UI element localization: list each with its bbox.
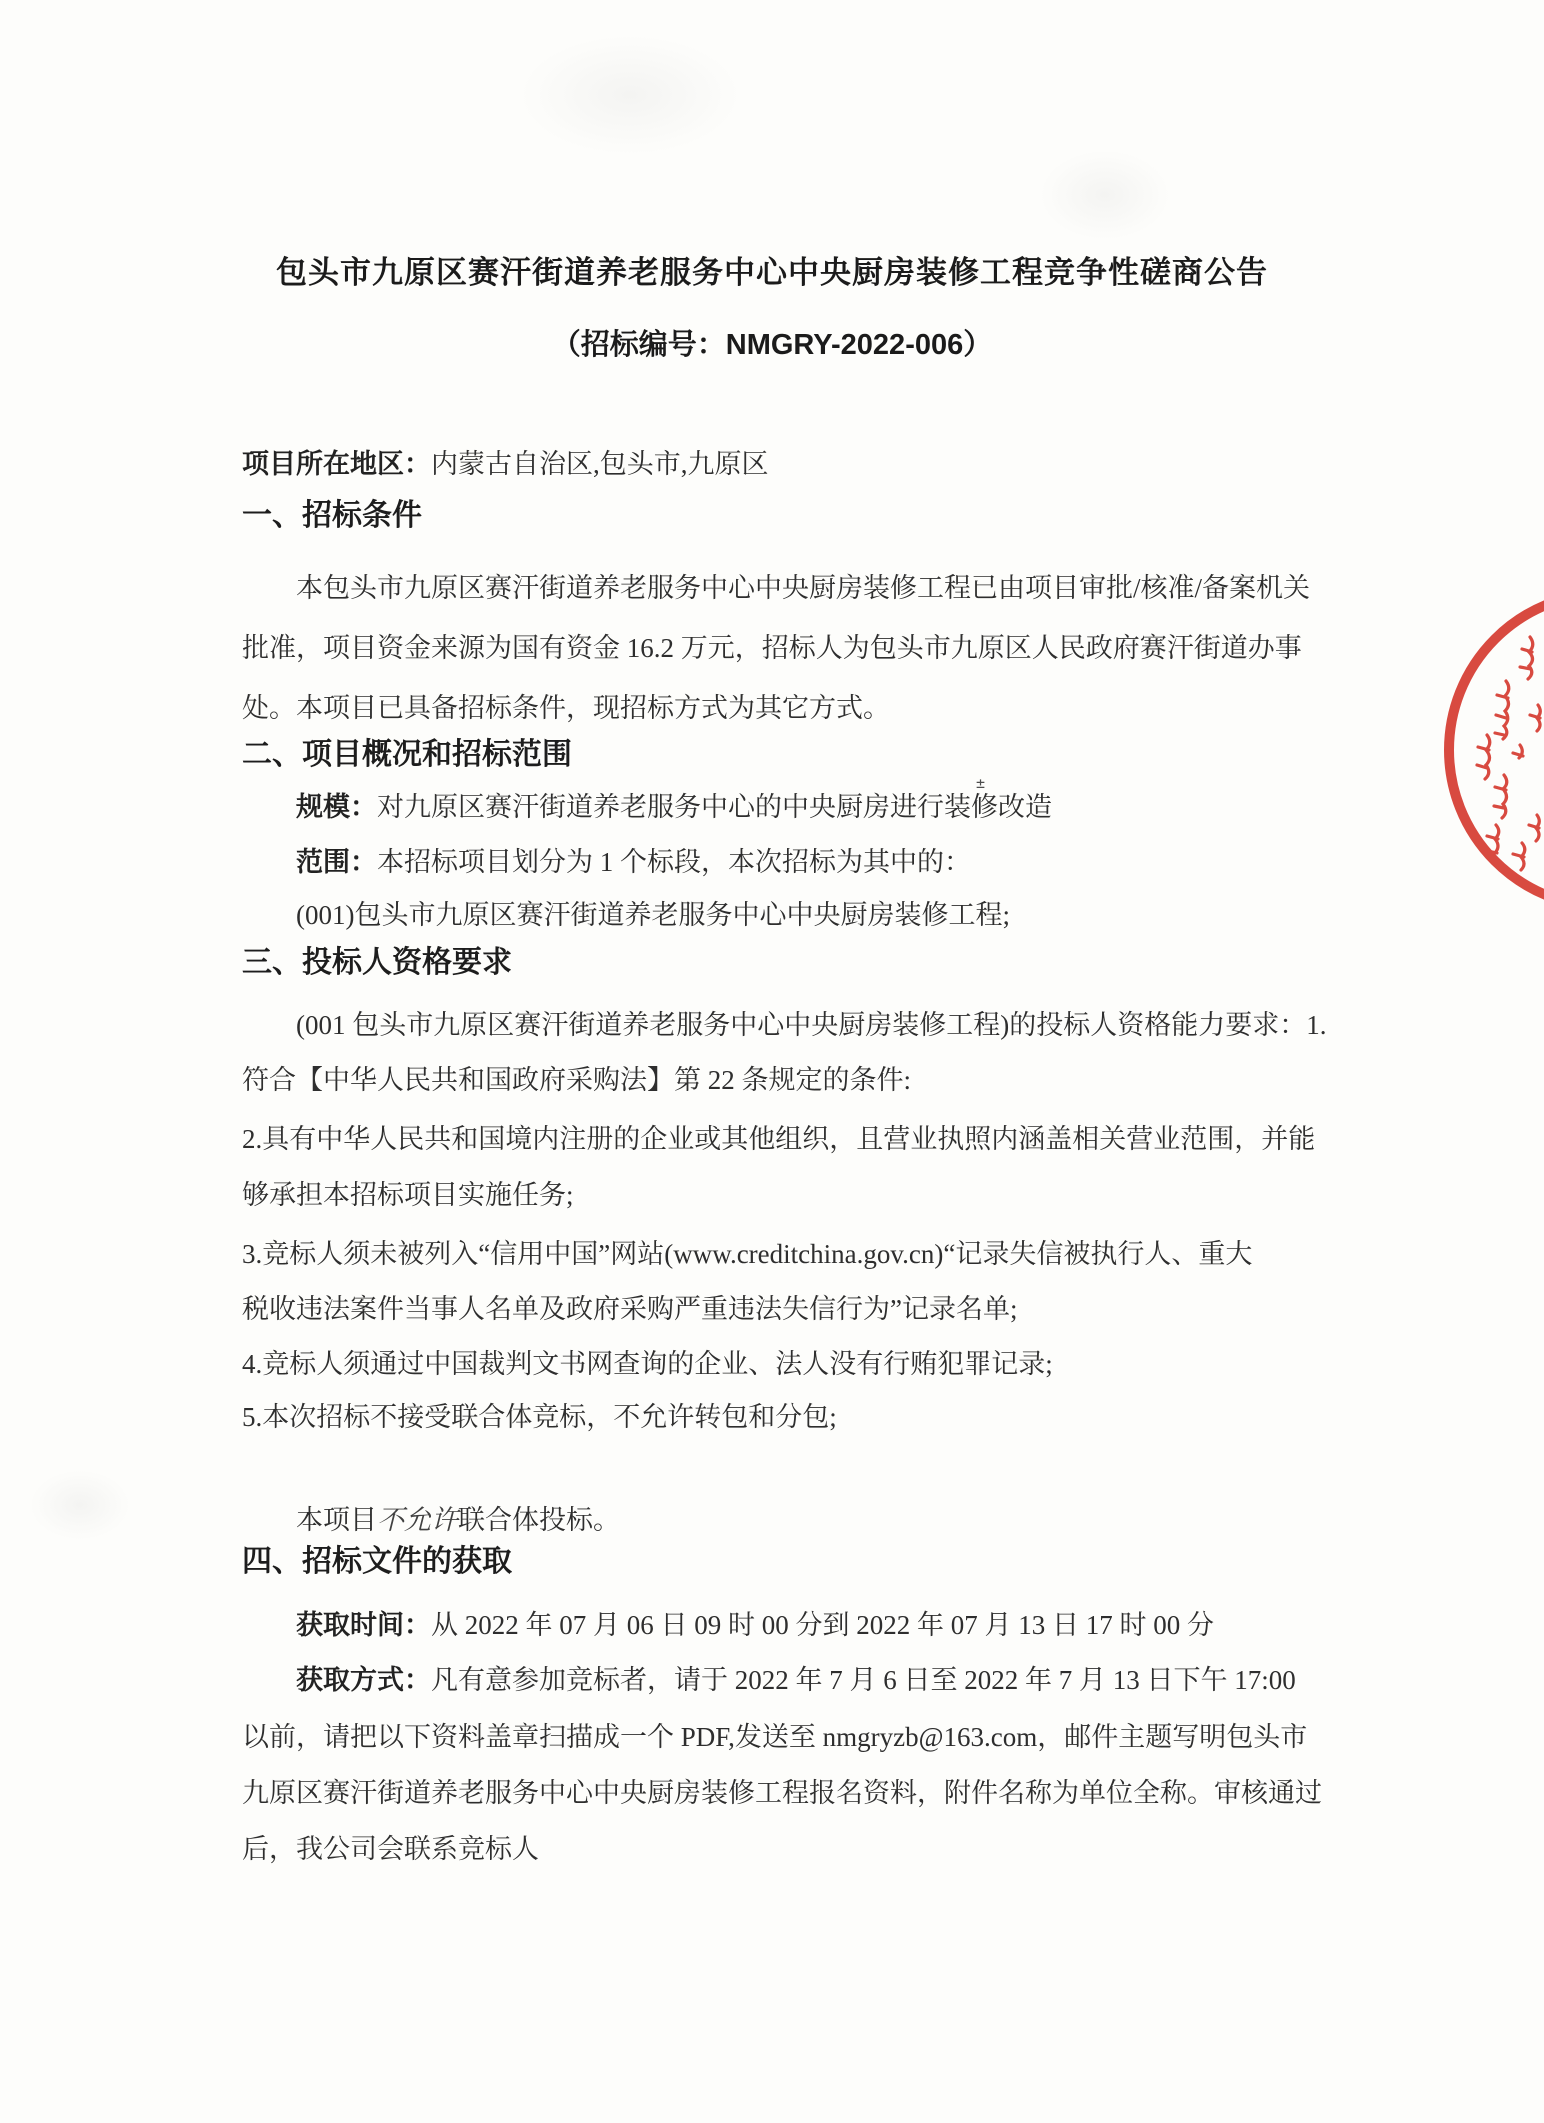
para-line: 处。本项目已具备招标条件，现招标方式为其它方式。 [242,690,890,726]
scope-label: 范围： [296,847,377,877]
section-heading-1: 一、招标条件 [242,498,422,534]
requirement-line: 符合【中华人民共和国政府采购法】第 22 条规定的条件: [242,1062,911,1098]
scan-noise [520,35,740,155]
scan-noise [1040,150,1170,240]
obtain-method-line: 获取方式：凡有意参加竞标者，请于 2022 年 7 月 6 日至 2022 年 … [296,1662,1296,1698]
tender-number: （招标编号：NMGRY-2022-006） [0,327,1544,363]
requirement-line: 4.竞标人须通过中国裁判文书网查询的企业、法人没有行贿犯罪记录; [242,1346,1053,1382]
section-heading-4: 四、招标文件的获取 [242,1544,512,1580]
obtain-time-line: 获取时间：从 2022 年 07 月 06 日 09 时 00 分到 2022 … [296,1607,1214,1643]
document-title: 包头市九原区赛汗街道养老服务中心中央厨房装修工程竞争性磋商公告 [0,255,1544,291]
requirement-line: 3.竞标人须未被列入“信用中国”网站(www.creditchina.gov.c… [242,1236,1252,1272]
section-heading-2: 二、项目概况和招标范围 [242,737,572,773]
para-line: 九原区赛汗街道养老服务中心中央厨房装修工程报名资料，附件名称为单位全称。审核通过 [242,1775,1322,1811]
scanned-document-page: 包头市九原区赛汗街道养老服务中心中央厨房装修工程竞争性磋商公告 （招标编号：NM… [0,0,1544,2123]
scan-noise [30,1470,130,1540]
note-post: 联合体投标。 [458,1505,620,1535]
official-red-seal-icon [1434,585,1544,915]
obtain-time-text: 从 2022 年 07 月 06 日 09 时 00 分到 2022 年 07 … [431,1610,1214,1640]
para-line: 批准，项目资金来源为国有资金 16.2 万元，招标人为包头市九原区人民政府赛汗街… [242,630,1302,666]
obtain-time-label: 获取时间： [296,1610,431,1640]
para-line: 后，我公司会联系竞标人 [242,1831,539,1867]
project-location-line: 项目所在地区：内蒙古自治区,包头市,九原区 [242,446,769,482]
scope-line: 范围：本招标项目划分为 1 个标段，本次招标为其中的： [296,844,971,880]
requirement-line: 5.本次招标不接受联合体竞标，不允许转包和分包; [242,1399,837,1435]
note-italic: 不允许 [377,1505,458,1535]
requirement-line: 2.具有中华人民共和国境内注册的企业或其他组织，且营业执照内涵盖相关营业范围，并… [242,1121,1315,1157]
section-heading-3: 三、投标人资格要求 [242,945,512,981]
project-location-value: 内蒙古自治区,包头市,九原区 [431,449,769,479]
project-location-label: 项目所在地区： [242,449,431,479]
obtain-method-text: 凡有意参加竞标者，请于 2022 年 7 月 6 日至 2022 年 7 月 1… [431,1665,1296,1695]
para-line: 本包头市九原区赛汗街道养老服务中心中央厨房装修工程已由项目审批/核准/备案机关 [296,570,1310,606]
scale-label: 规模： [296,792,377,822]
scale-line: 规模：对九原区赛汗街道养老服务中心的中央厨房进行装修改造 [296,789,1052,825]
requirement-line: (001 包头市九原区赛汗街道养老服务中心中央厨房装修工程)的投标人资格能力要求… [296,1007,1326,1043]
consortium-note: 本项目不允许联合体投标。 [296,1502,620,1538]
obtain-method-label: 获取方式： [296,1665,431,1695]
requirement-line: 够承担本招标项目实施任务; [242,1177,574,1213]
para-line: 以前，请把以下资料盖章扫描成一个 PDF,发送至 nmgryzb@163.com… [242,1719,1307,1755]
lot-line: (001)包头市九原区赛汗街道养老服务中心中央厨房装修工程; [296,897,1010,933]
scope-text: 本招标项目划分为 1 个标段，本次招标为其中的： [377,847,971,877]
scale-text: 对九原区赛汗街道养老服务中心的中央厨房进行装修改造 [377,792,1052,822]
scan-artifact-mark: ± [976,774,985,792]
note-pre: 本项目 [296,1505,377,1535]
requirement-line: 税收违法案件当事人名单及政府采购严重违法失信行为”记录名单; [242,1291,1017,1327]
